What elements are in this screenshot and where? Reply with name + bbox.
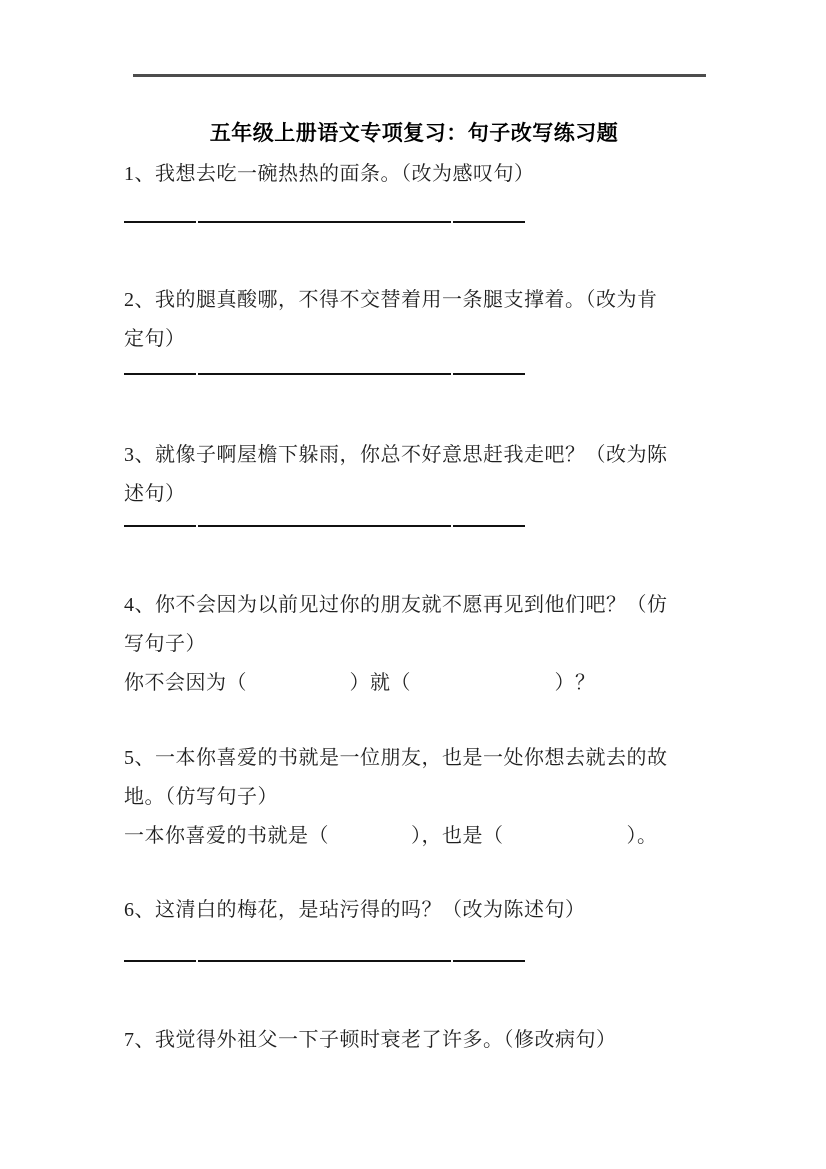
page-title: 五年级上册语文专项复习：句子改写练习题 <box>124 118 704 148</box>
answer-line-segment <box>124 203 196 223</box>
question-5: 5、一本你喜爱的书就是一位朋友，也是一处你想去就去的故 地。（仿写句子） 一本你… <box>124 739 708 856</box>
question-4: 4、你不会因为以前见过你的朋友就不愿再见到他们吧？（仿 写句子） 你不会因为（ … <box>124 586 708 703</box>
answer-line-segment <box>198 942 451 962</box>
answer-line-3 <box>124 507 525 527</box>
answer-line-segment <box>198 355 451 375</box>
answer-line-2 <box>124 355 525 375</box>
question-2: 2、我的腿真酸哪，不得不交替着用一条腿支撑着。（改为肯 定句） <box>124 281 708 359</box>
question-3: 3、就像子啊屋檐下躲雨，你总不好意思赶我走吧？（改为陈 述句） <box>124 436 708 514</box>
answer-line-segment <box>198 203 451 223</box>
answer-line-segment <box>124 355 196 375</box>
answer-line-4 <box>124 942 525 962</box>
answer-line-segment <box>198 507 451 527</box>
answer-line-segment <box>124 942 196 962</box>
answer-line-segment <box>453 355 525 375</box>
worksheet-page: 五年级上册语文专项复习：句子改写练习题 1、我想去吃一碗热热的面条。（改为感叹句… <box>0 0 826 1169</box>
question-1: 1、我想去吃一碗热热的面条。（改为感叹句） <box>124 155 708 194</box>
question-6: 6、这清白的梅花，是玷污得的吗？（改为陈述句） <box>124 891 708 930</box>
question-7: 7、我觉得外祖父一下子顿时衰老了许多。（修改病句） <box>124 1021 708 1060</box>
answer-line-segment <box>124 507 196 527</box>
answer-line-segment <box>453 507 525 527</box>
answer-line-segment <box>453 942 525 962</box>
answer-line-segment <box>453 203 525 223</box>
header-divider <box>133 74 706 77</box>
answer-line-1 <box>124 203 525 223</box>
